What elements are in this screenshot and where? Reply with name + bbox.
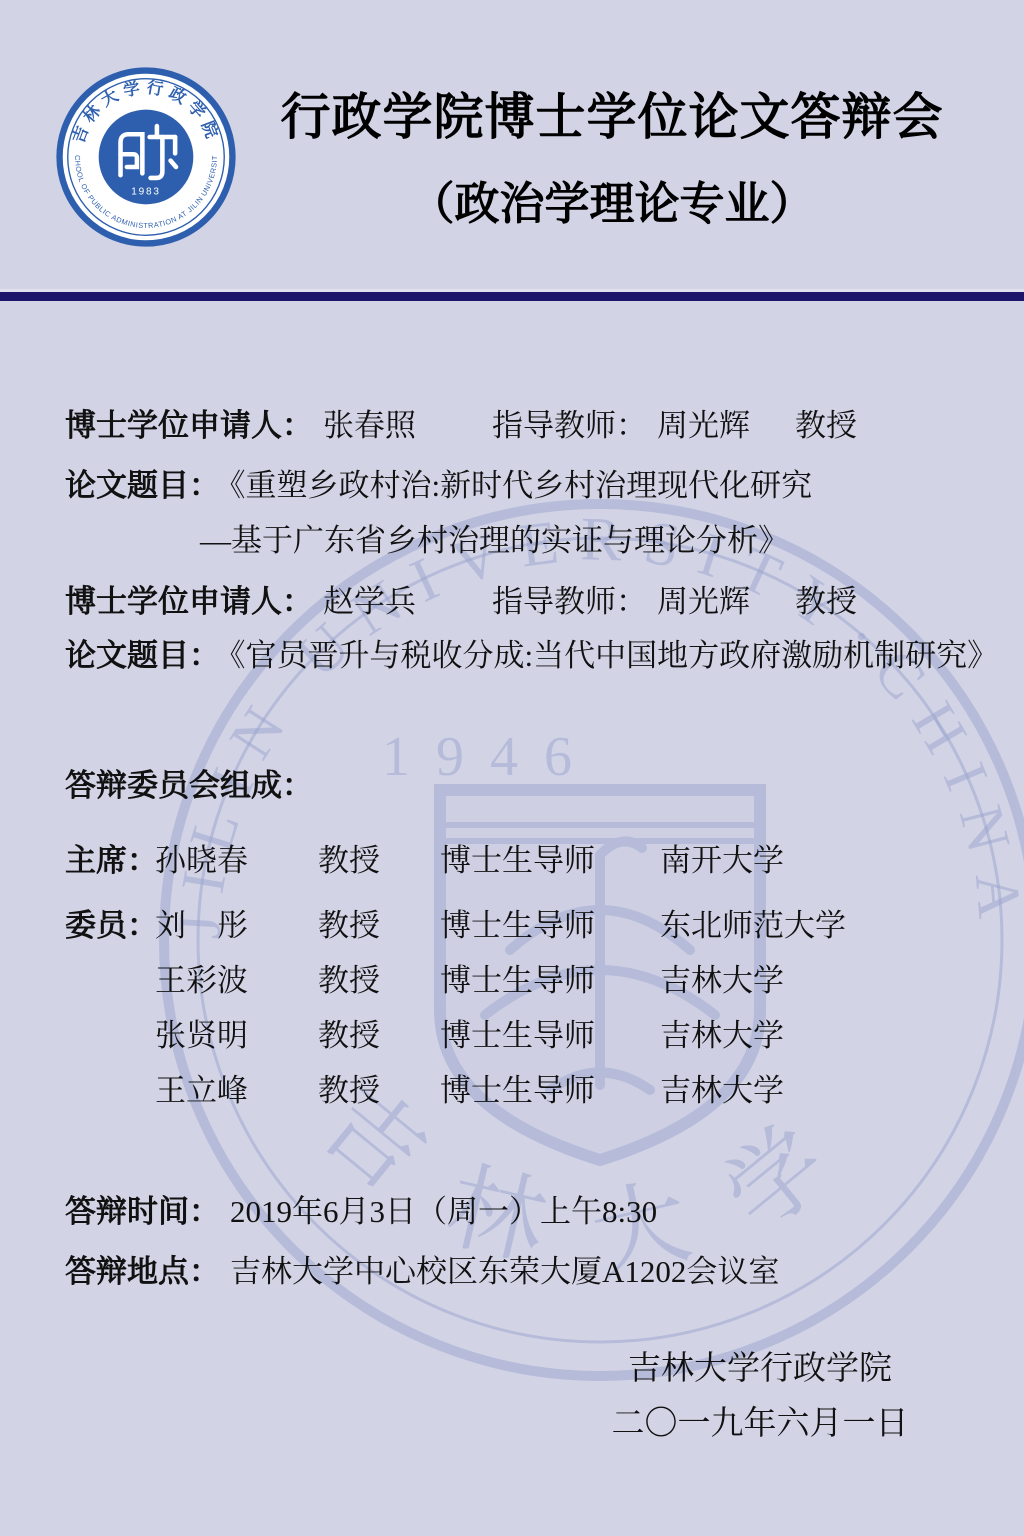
- member-name: 刘 彤: [155, 908, 318, 944]
- defense-time-value: 2019年6月3日（周一）上午8:30: [230, 1194, 657, 1229]
- thesis-1-row: 论文题目：《重塑乡政村治:新时代乡村治理现代化研究: [65, 468, 812, 504]
- advisor-name: 周光辉: [657, 584, 750, 619]
- member-title: 教授: [318, 1018, 440, 1054]
- committee-role: 主席：: [65, 843, 155, 879]
- member-supervisor-status: 博士生导师: [440, 908, 660, 944]
- applicant-2-row: 博士学位申请人：赵学兵指导教师：周光辉教授: [65, 584, 857, 620]
- member-university: 吉林大学: [660, 963, 784, 999]
- logo-founding-year: 1983: [131, 186, 161, 197]
- member-title: 教授: [318, 963, 440, 999]
- member-supervisor-status: 博士生导师: [440, 1073, 660, 1109]
- member-name: 王立峰: [155, 1073, 318, 1109]
- advisor-title: 教授: [795, 584, 857, 619]
- school-logo: 吉林大学行政学院 SCHOOL OF PUBLIC ADMINISTRATION…: [55, 66, 237, 248]
- member-supervisor-status: 博士生导师: [440, 843, 660, 879]
- defense-venue-label: 答辩地点：: [65, 1254, 220, 1289]
- advisor-title: 教授: [795, 408, 857, 443]
- member-university: 南开大学: [660, 843, 784, 879]
- committee-row-member: 王立峰教授博士生导师吉林大学: [65, 1073, 784, 1109]
- member-name: 孙晓春: [155, 843, 318, 879]
- applicant-name: 张春照: [323, 408, 416, 443]
- member-name: 张贤明: [155, 1018, 318, 1054]
- committee-row-chair: 主席：孙晓春教授博士生导师南开大学: [65, 843, 784, 879]
- thesis-title-line2: —基于广东省乡村治理的实证与理论分析》: [200, 523, 789, 558]
- defense-venue-value: 吉林大学中心校区东荣大厦A1202会议室: [230, 1254, 779, 1289]
- advisor-label: 指导教师：: [492, 584, 647, 619]
- divider-bar: [0, 292, 1024, 301]
- member-name: 王彩波: [155, 963, 318, 999]
- thesis-2-row: 论文题目：《官员晋升与税收分成:当代中国地方政府激励机制研究》: [65, 638, 998, 674]
- thesis-label: 论文题目：: [65, 468, 220, 503]
- thesis-1-row-continued: —基于广东省乡村治理的实证与理论分析》: [200, 523, 789, 559]
- defense-venue-row: 答辩地点：吉林大学中心校区东荣大厦A1202会议室: [65, 1254, 779, 1290]
- thesis-title-line1: 《重塑乡政村治:新时代乡村治理现代化研究: [230, 468, 812, 503]
- committee-heading: 答辩委员会组成：: [65, 768, 313, 804]
- poster-title: 行政学院博士学位论文答辩会: [240, 92, 984, 142]
- thesis-label: 论文题目：: [65, 638, 220, 673]
- member-supervisor-status: 博士生导师: [440, 963, 660, 999]
- poster-subtitle: （政治学理论专业）: [240, 181, 984, 226]
- committee-row-member: 王彩波教授博士生导师吉林大学: [65, 963, 784, 999]
- applicant-1-row: 博士学位申请人：张春照指导教师：周光辉教授: [65, 408, 857, 444]
- committee-role: 委员：: [65, 908, 155, 944]
- member-university: 吉林大学: [660, 1073, 784, 1109]
- committee-row-member: 委员：刘 彤教授博士生导师东北师范大学: [65, 908, 846, 944]
- applicant-label: 博士学位申请人：: [65, 584, 313, 619]
- watermark-year: 1946: [382, 726, 598, 788]
- defense-time-label: 答辩时间：: [65, 1194, 220, 1229]
- defense-time-row: 答辩时间：2019年6月3日（周一）上午8:30: [65, 1194, 657, 1230]
- member-title: 教授: [318, 843, 440, 879]
- member-title: 教授: [318, 1073, 440, 1109]
- member-title: 教授: [318, 908, 440, 944]
- defense-announcement-poster: JILIN UNIVERSITY·CHINA 1946 吉林大学 吉林大学行政学…: [0, 0, 1024, 1536]
- applicant-label: 博士学位申请人：: [65, 408, 313, 443]
- advisor-label: 指导教师：: [492, 408, 647, 443]
- thesis-title: 《官员晋升与税收分成:当代中国地方政府激励机制研究》: [230, 638, 998, 673]
- member-university: 东北师范大学: [660, 908, 846, 944]
- signature-organization: 吉林大学行政学院: [520, 1353, 1000, 1386]
- member-university: 吉林大学: [660, 1018, 784, 1054]
- member-supervisor-status: 博士生导师: [440, 1018, 660, 1054]
- applicant-name: 赵学兵: [323, 584, 416, 619]
- signature-date: 二〇一九年六月一日: [520, 1408, 1000, 1441]
- advisor-name: 周光辉: [657, 408, 750, 443]
- committee-row-member: 张贤明教授博士生导师吉林大学: [65, 1018, 784, 1054]
